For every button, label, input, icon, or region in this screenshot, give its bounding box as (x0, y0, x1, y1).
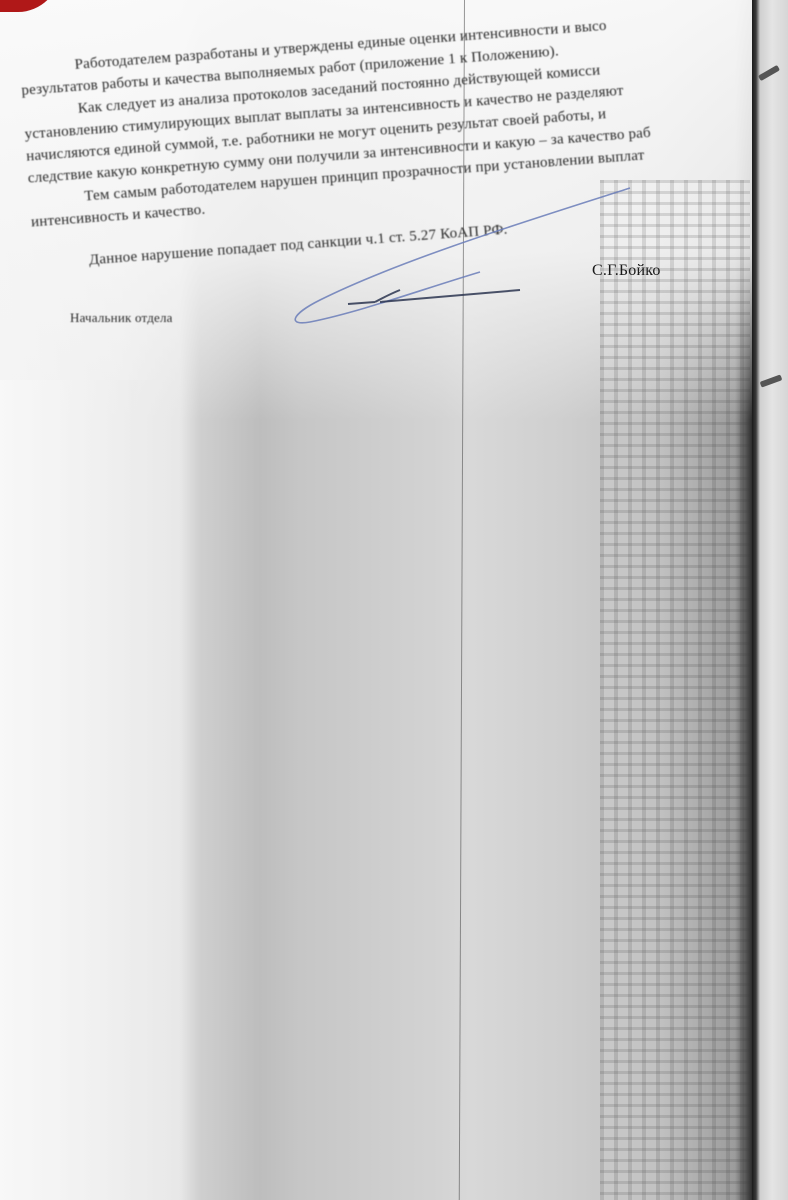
bleed-through-noise (600, 180, 750, 1200)
handwritten-signature-icon (280, 180, 640, 330)
signatory-position: Начальник отдела (70, 310, 173, 326)
lighting-overlay-left (0, 380, 190, 1200)
binding-edge (752, 0, 788, 1200)
